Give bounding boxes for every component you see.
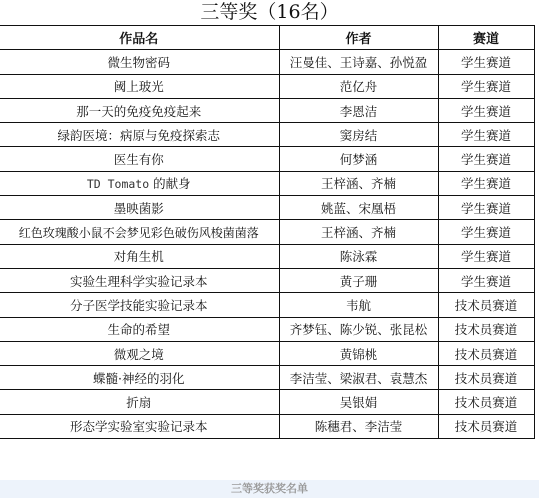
- work-title-cell: 实验生理科学实验记录本: [0, 268, 279, 292]
- authors-cell: 李恩洁: [279, 98, 438, 122]
- work-title-latin: TD Tomato: [87, 177, 149, 191]
- table-row: 折扇 吴银娟 技术员赛道: [0, 390, 534, 414]
- work-title-cell: 微生物密码: [0, 50, 279, 74]
- table-row: 形态学实验室实验记录本 陈穗君、李洁莹 技术员赛道: [0, 414, 534, 438]
- track-cell: 学生赛道: [438, 74, 534, 98]
- table-row: TD Tomato 的献身 王梓涵、齐楠 学生赛道: [0, 171, 534, 195]
- table-row: 微生物密码 汪曼佳、王诗嘉、孙悦盈 学生赛道: [0, 50, 534, 74]
- header-work-title: 作品名: [0, 26, 279, 50]
- work-title-cell: 对角生机: [0, 244, 279, 268]
- table-row: 红色玫瑰酸小鼠不会梦见彩色破伤风梭菌菌落 王梓涵、齐楠 学生赛道: [0, 220, 534, 244]
- authors-cell: 黄锦桃: [279, 341, 438, 365]
- authors-cell: 王梓涵、齐楠: [279, 171, 438, 195]
- work-title-cell: 折扇: [0, 390, 279, 414]
- header-track: 赛道: [438, 26, 534, 50]
- authors-cell: 陈泳霖: [279, 244, 438, 268]
- table-row: 对角生机 陈泳霖 学生赛道: [0, 244, 534, 268]
- authors-cell: 吴银娟: [279, 390, 438, 414]
- track-cell: 技术员赛道: [438, 293, 534, 317]
- table-row: 实验生理科学实验记录本 黄子珊 学生赛道: [0, 268, 534, 292]
- authors-cell: 汪曼佳、王诗嘉、孙悦盈: [279, 50, 438, 74]
- work-title-cell: 医生有你: [0, 147, 279, 171]
- track-cell: 技术员赛道: [438, 390, 534, 414]
- authors-cell: 何梦涵: [279, 147, 438, 171]
- track-cell: 技术员赛道: [438, 317, 534, 341]
- work-title-cell: 蝶髓·神经的羽化: [0, 366, 279, 390]
- track-cell: 技术员赛道: [438, 366, 534, 390]
- table-row: 生命的希望 齐梦钰、陈少锐、张昆松 技术员赛道: [0, 317, 534, 341]
- track-cell: 学生赛道: [438, 50, 534, 74]
- authors-cell: 黄子珊: [279, 268, 438, 292]
- track-cell: 学生赛道: [438, 196, 534, 220]
- track-cell: 技术员赛道: [438, 414, 534, 438]
- work-title-cell: 绿韵医境：病原与免疫探索志: [0, 123, 279, 147]
- work-title-cell: 墨映菌影: [0, 196, 279, 220]
- work-title-cell: 分子医学技能实验记录本: [0, 293, 279, 317]
- work-title-cell: 微观之境: [0, 341, 279, 365]
- table-row: 那一天的免疫免疫起来 李恩洁 学生赛道: [0, 98, 534, 122]
- track-cell: 学生赛道: [438, 123, 534, 147]
- work-title-cell: 那一天的免疫免疫起来: [0, 98, 279, 122]
- table-header-row: 作品名 作者 赛道: [0, 26, 534, 50]
- track-cell: 学生赛道: [438, 98, 534, 122]
- work-title-cell: TD Tomato 的献身: [0, 171, 279, 195]
- authors-cell: 陈穗君、李洁莹: [279, 414, 438, 438]
- table-row: 分子医学技能实验记录本 韦航 技术员赛道: [0, 293, 534, 317]
- track-cell: 技术员赛道: [438, 341, 534, 365]
- section-title: 三等奖（16名）: [0, 0, 539, 25]
- authors-cell: 姚蓝、宋凰梧: [279, 196, 438, 220]
- table-row: 阈上玻光 范亿舟 学生赛道: [0, 74, 534, 98]
- table-row: 微观之境 黄锦桃 技术员赛道: [0, 341, 534, 365]
- work-title-cell: 生命的希望: [0, 317, 279, 341]
- work-title-cell: 阈上玻光: [0, 74, 279, 98]
- work-title-cjk: 的献身: [149, 176, 190, 191]
- authors-cell: 齐梦钰、陈少锐、张昆松: [279, 317, 438, 341]
- table-row: 绿韵医境：病原与免疫探索志 窦房结 学生赛道: [0, 123, 534, 147]
- work-title-cell: 形态学实验室实验记录本: [0, 414, 279, 438]
- authors-cell: 范亿舟: [279, 74, 438, 98]
- track-cell: 学生赛道: [438, 244, 534, 268]
- table-row: 蝶髓·神经的羽化 李洁莹、梁淑君、袁慧杰 技术员赛道: [0, 366, 534, 390]
- authors-cell: 韦航: [279, 293, 438, 317]
- track-cell: 学生赛道: [438, 220, 534, 244]
- table-row: 医生有你 何梦涵 学生赛道: [0, 147, 534, 171]
- work-title-cell: 红色玫瑰酸小鼠不会梦见彩色破伤风梭菌菌落: [0, 220, 279, 244]
- awards-table: 作品名 作者 赛道 微生物密码 汪曼佳、王诗嘉、孙悦盈 学生赛道 阈上玻光 范亿…: [0, 25, 535, 439]
- authors-cell: 李洁莹、梁淑君、袁慧杰: [279, 366, 438, 390]
- track-cell: 学生赛道: [438, 268, 534, 292]
- image-caption: 三等奖获奖名单: [0, 480, 539, 498]
- authors-cell: 窦房结: [279, 123, 438, 147]
- authors-cell: 王梓涵、齐楠: [279, 220, 438, 244]
- table-row: 墨映菌影 姚蓝、宋凰梧 学生赛道: [0, 196, 534, 220]
- header-authors: 作者: [279, 26, 438, 50]
- track-cell: 学生赛道: [438, 171, 534, 195]
- track-cell: 学生赛道: [438, 147, 534, 171]
